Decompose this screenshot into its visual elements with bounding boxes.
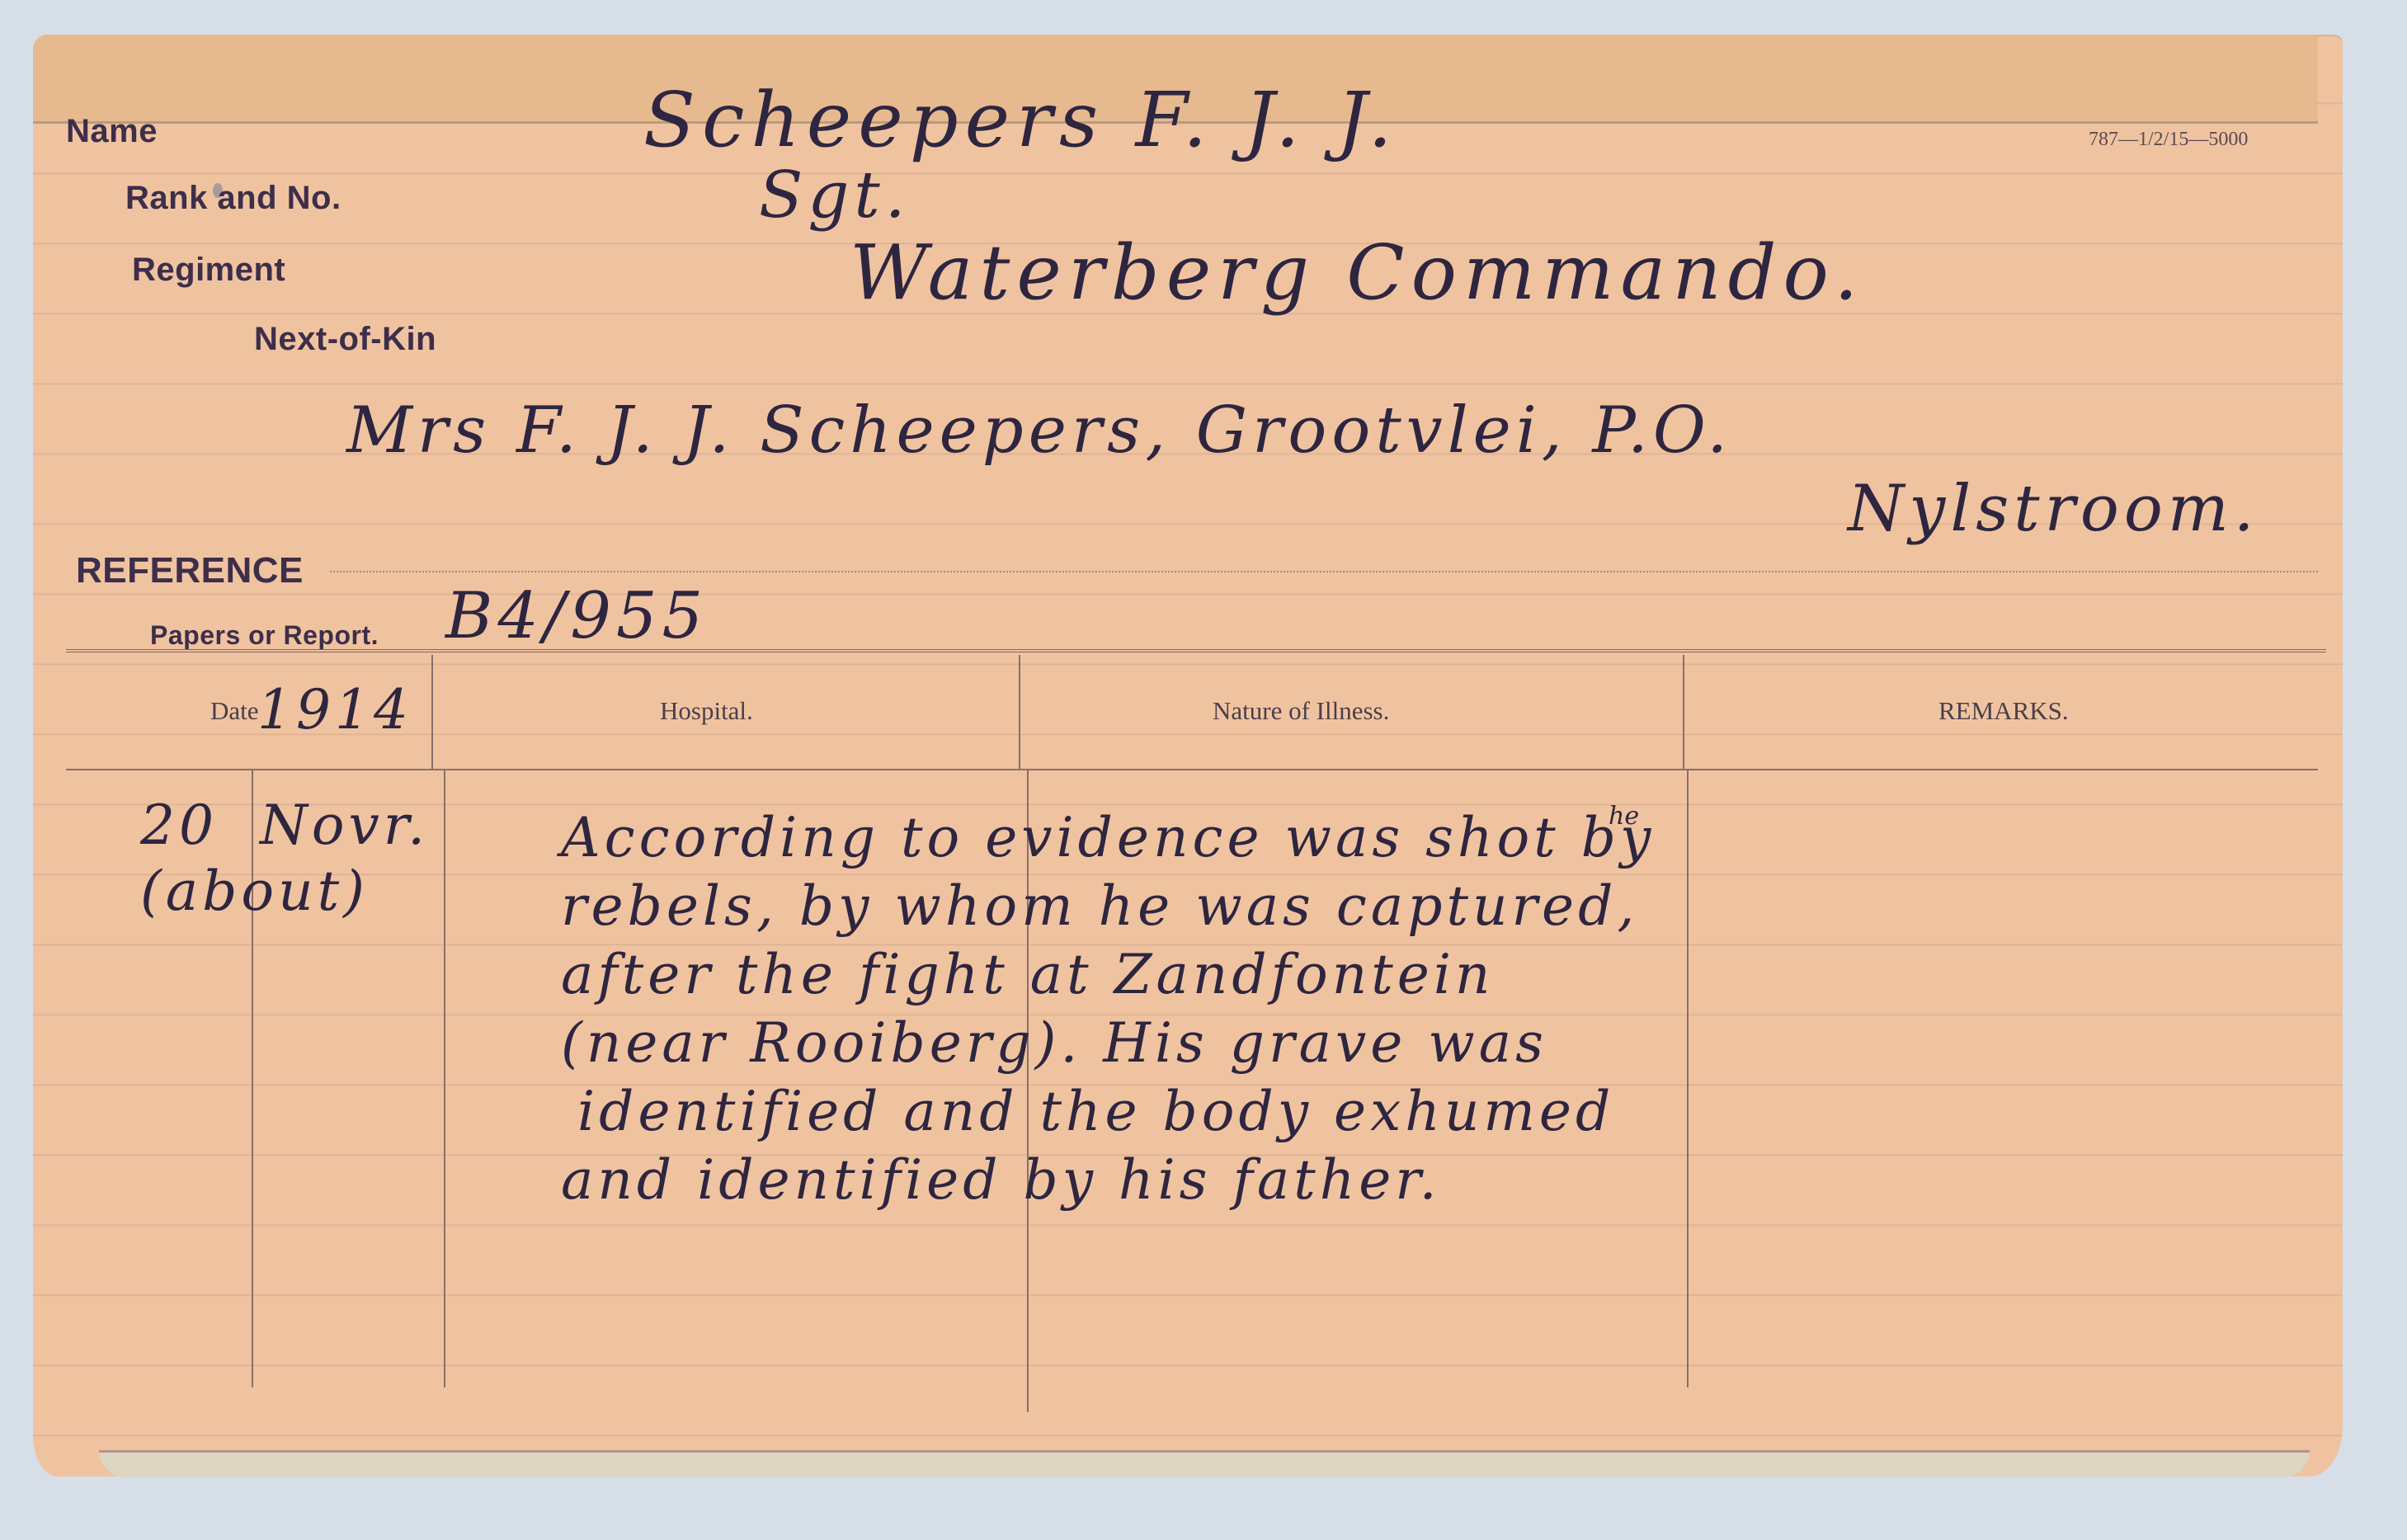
reference-dotted-rule (330, 571, 2318, 572)
label-reference: REFERENCE (76, 550, 304, 591)
label-rank-and-no: Rank and No. (125, 180, 342, 217)
col-divider-date-header (431, 655, 433, 770)
index-card: 787—1/2/15—5000 Name Rank and No. Regime… (33, 35, 2343, 1476)
remark-line-2: rebels, by whom he was captured, (561, 874, 1638, 938)
label-papers-or-report: Papers or Report. (150, 620, 379, 651)
label-next-of-kin: Next-of-Kin (254, 321, 436, 358)
remark-line-3: after the fight at Zandfontein (561, 943, 1494, 1006)
col-divider-hospital-header (1019, 655, 1020, 770)
col-divider-illness-header (1683, 655, 1684, 770)
col-divider-date (444, 769, 445, 1387)
header-bottom-rule (66, 769, 2318, 770)
entry-papers-or-report: B4/955 (445, 579, 708, 653)
entry-next-of-kin-line2: Nylstroom. (1848, 472, 2259, 546)
remark-line-5: identified and the body exhumed (577, 1080, 1614, 1143)
row-qualifier: (about) (140, 859, 369, 923)
remark-line-4: (near Rooiberg). His grave was (561, 1011, 1547, 1075)
entry-rank: Sgt. (759, 158, 911, 233)
col-head-hospital: Hospital. (660, 696, 753, 726)
header-top-rule (66, 649, 2326, 652)
entry-next-of-kin-line1: Mrs F. J. J. Scheepers, Grootvlei, P.O. (346, 393, 1732, 468)
col-head-remarks: REMARKS. (1938, 696, 2069, 726)
card-bottom-edge (99, 1450, 2310, 1477)
entry-name: Scheepers F. J. J. (643, 76, 1399, 164)
col-head-date: Date (210, 696, 259, 726)
remark-line-1: According to evidence was shot by (561, 806, 1655, 869)
label-regiment: Regiment (132, 252, 285, 289)
row-day: 20 (140, 794, 218, 857)
col-head-date-year: 1914 (257, 678, 412, 742)
remark-line-6: and identified by his father. (561, 1148, 1441, 1212)
label-name: Name (66, 113, 158, 150)
col-divider-illness (1687, 769, 1689, 1387)
row-month: Novr. (260, 794, 429, 857)
entry-regiment: Waterberg Commando. (850, 228, 1865, 317)
form-number: 787—1/2/15—5000 (2089, 129, 2248, 151)
col-head-nature-of-illness: Nature of Illness. (1213, 696, 1389, 726)
